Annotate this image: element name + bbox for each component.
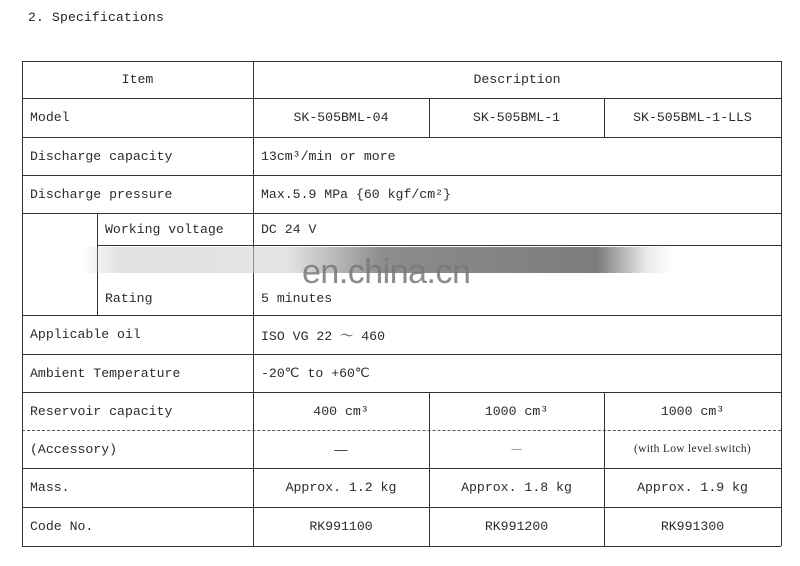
- table-border-right: [781, 61, 782, 546]
- ambient-temperature-value: -20℃ to +60℃: [253, 354, 781, 392]
- reservoir-capacity-value: 400 cm³: [253, 392, 429, 430]
- label-applicable-oil: Applicable oil: [22, 315, 253, 354]
- label-discharge-capacity: Discharge capacity: [22, 137, 253, 175]
- row-divider: [97, 245, 781, 246]
- accessory-value: (with Low level switch): [604, 430, 781, 468]
- label-mass: Mass.: [22, 468, 253, 507]
- discharge-pressure-value: Max.5.9 MPa {60 kgf/cm²}: [253, 175, 781, 213]
- label-rating: Rating: [97, 281, 253, 315]
- section-heading: 2. Specifications: [28, 10, 164, 25]
- table-border-bottom: [22, 546, 781, 547]
- header-description: Description: [253, 61, 781, 98]
- header-item: Item: [22, 61, 253, 98]
- label-discharge-pressure: Discharge pressure: [22, 175, 253, 213]
- mass-value: Approx. 1.2 kg: [253, 468, 429, 507]
- accessory-value: —: [253, 430, 429, 468]
- label-accessory: (Accessory): [22, 430, 253, 468]
- label-reservoir-capacity: Reservoir capacity: [22, 392, 253, 430]
- model-value: SK-505BML-1: [429, 98, 604, 137]
- reservoir-capacity-value: 1000 cm³: [604, 392, 781, 430]
- model-value: SK-505BML-04: [253, 98, 429, 137]
- label-code-no: Code No.: [22, 507, 253, 546]
- discharge-capacity-value: 13cm³/min or more: [253, 137, 781, 175]
- accessory-value: —: [429, 430, 604, 468]
- watermark-text: en.china.cn: [302, 253, 470, 292]
- label-working-voltage: Working voltage: [97, 213, 253, 245]
- specifications-table: Item Description Model SK-505BML-04 SK-5…: [22, 61, 781, 546]
- working-voltage-value: DC 24 V: [253, 213, 781, 245]
- mass-value: Approx. 1.9 kg: [604, 468, 781, 507]
- reservoir-capacity-value: 1000 cm³: [429, 392, 604, 430]
- label-model: Model: [22, 98, 253, 137]
- applicable-oil-value: ISO VG 22 ～ 460: [253, 315, 781, 354]
- label-ambient-temperature: Ambient Temperature: [22, 354, 253, 392]
- code-no-value: RK991100: [253, 507, 429, 546]
- mass-value: Approx. 1.8 kg: [429, 468, 604, 507]
- code-no-value: RK991300: [604, 507, 781, 546]
- model-value: SK-505BML-1-LLS: [604, 98, 781, 137]
- code-no-value: RK991200: [429, 507, 604, 546]
